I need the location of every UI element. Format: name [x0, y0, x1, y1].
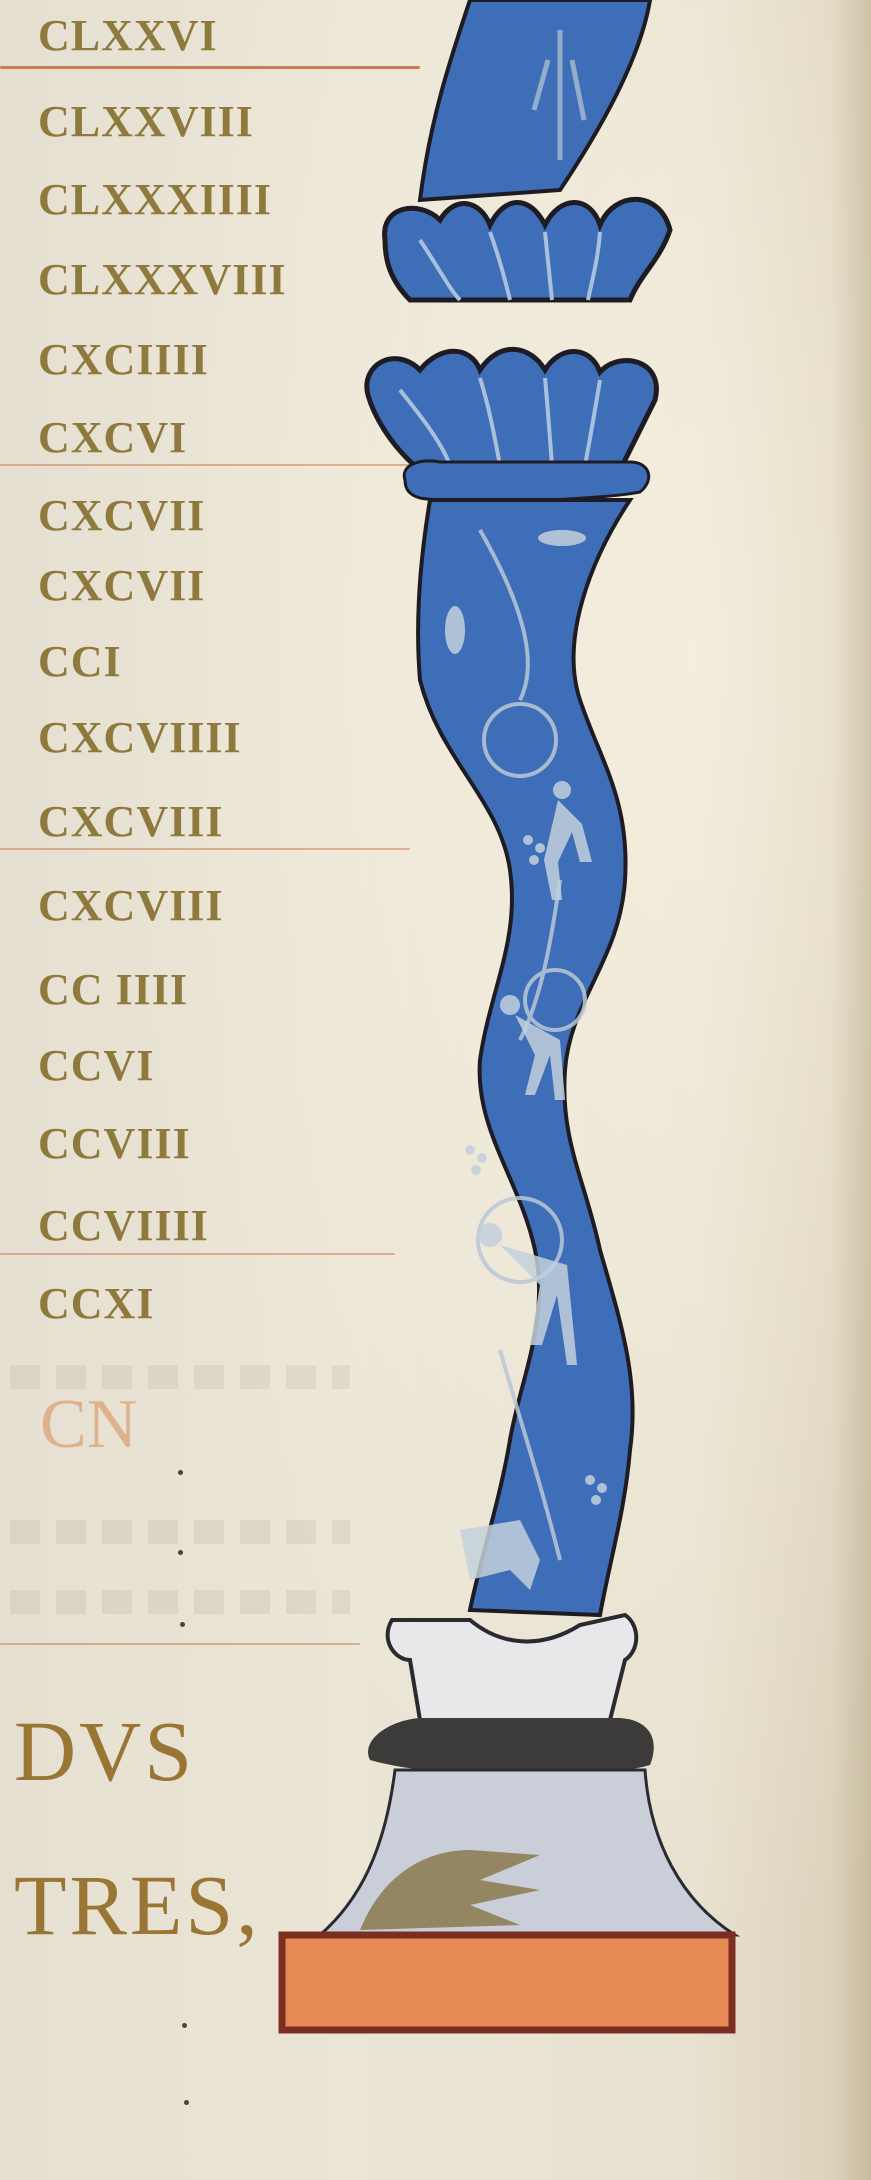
column-base-collar — [388, 1615, 637, 1720]
illuminated-column — [0, 0, 871, 2180]
column-base-torus — [368, 1718, 654, 1776]
column-shaft — [418, 500, 633, 1615]
manuscript-page: CLXXVI CLXXVIII CLXXXIIII CLXXXVIII CXCI… — [0, 0, 871, 2180]
column-base-block — [282, 1935, 732, 2030]
column-necking — [404, 461, 648, 501]
column-capital-lower — [367, 349, 657, 470]
